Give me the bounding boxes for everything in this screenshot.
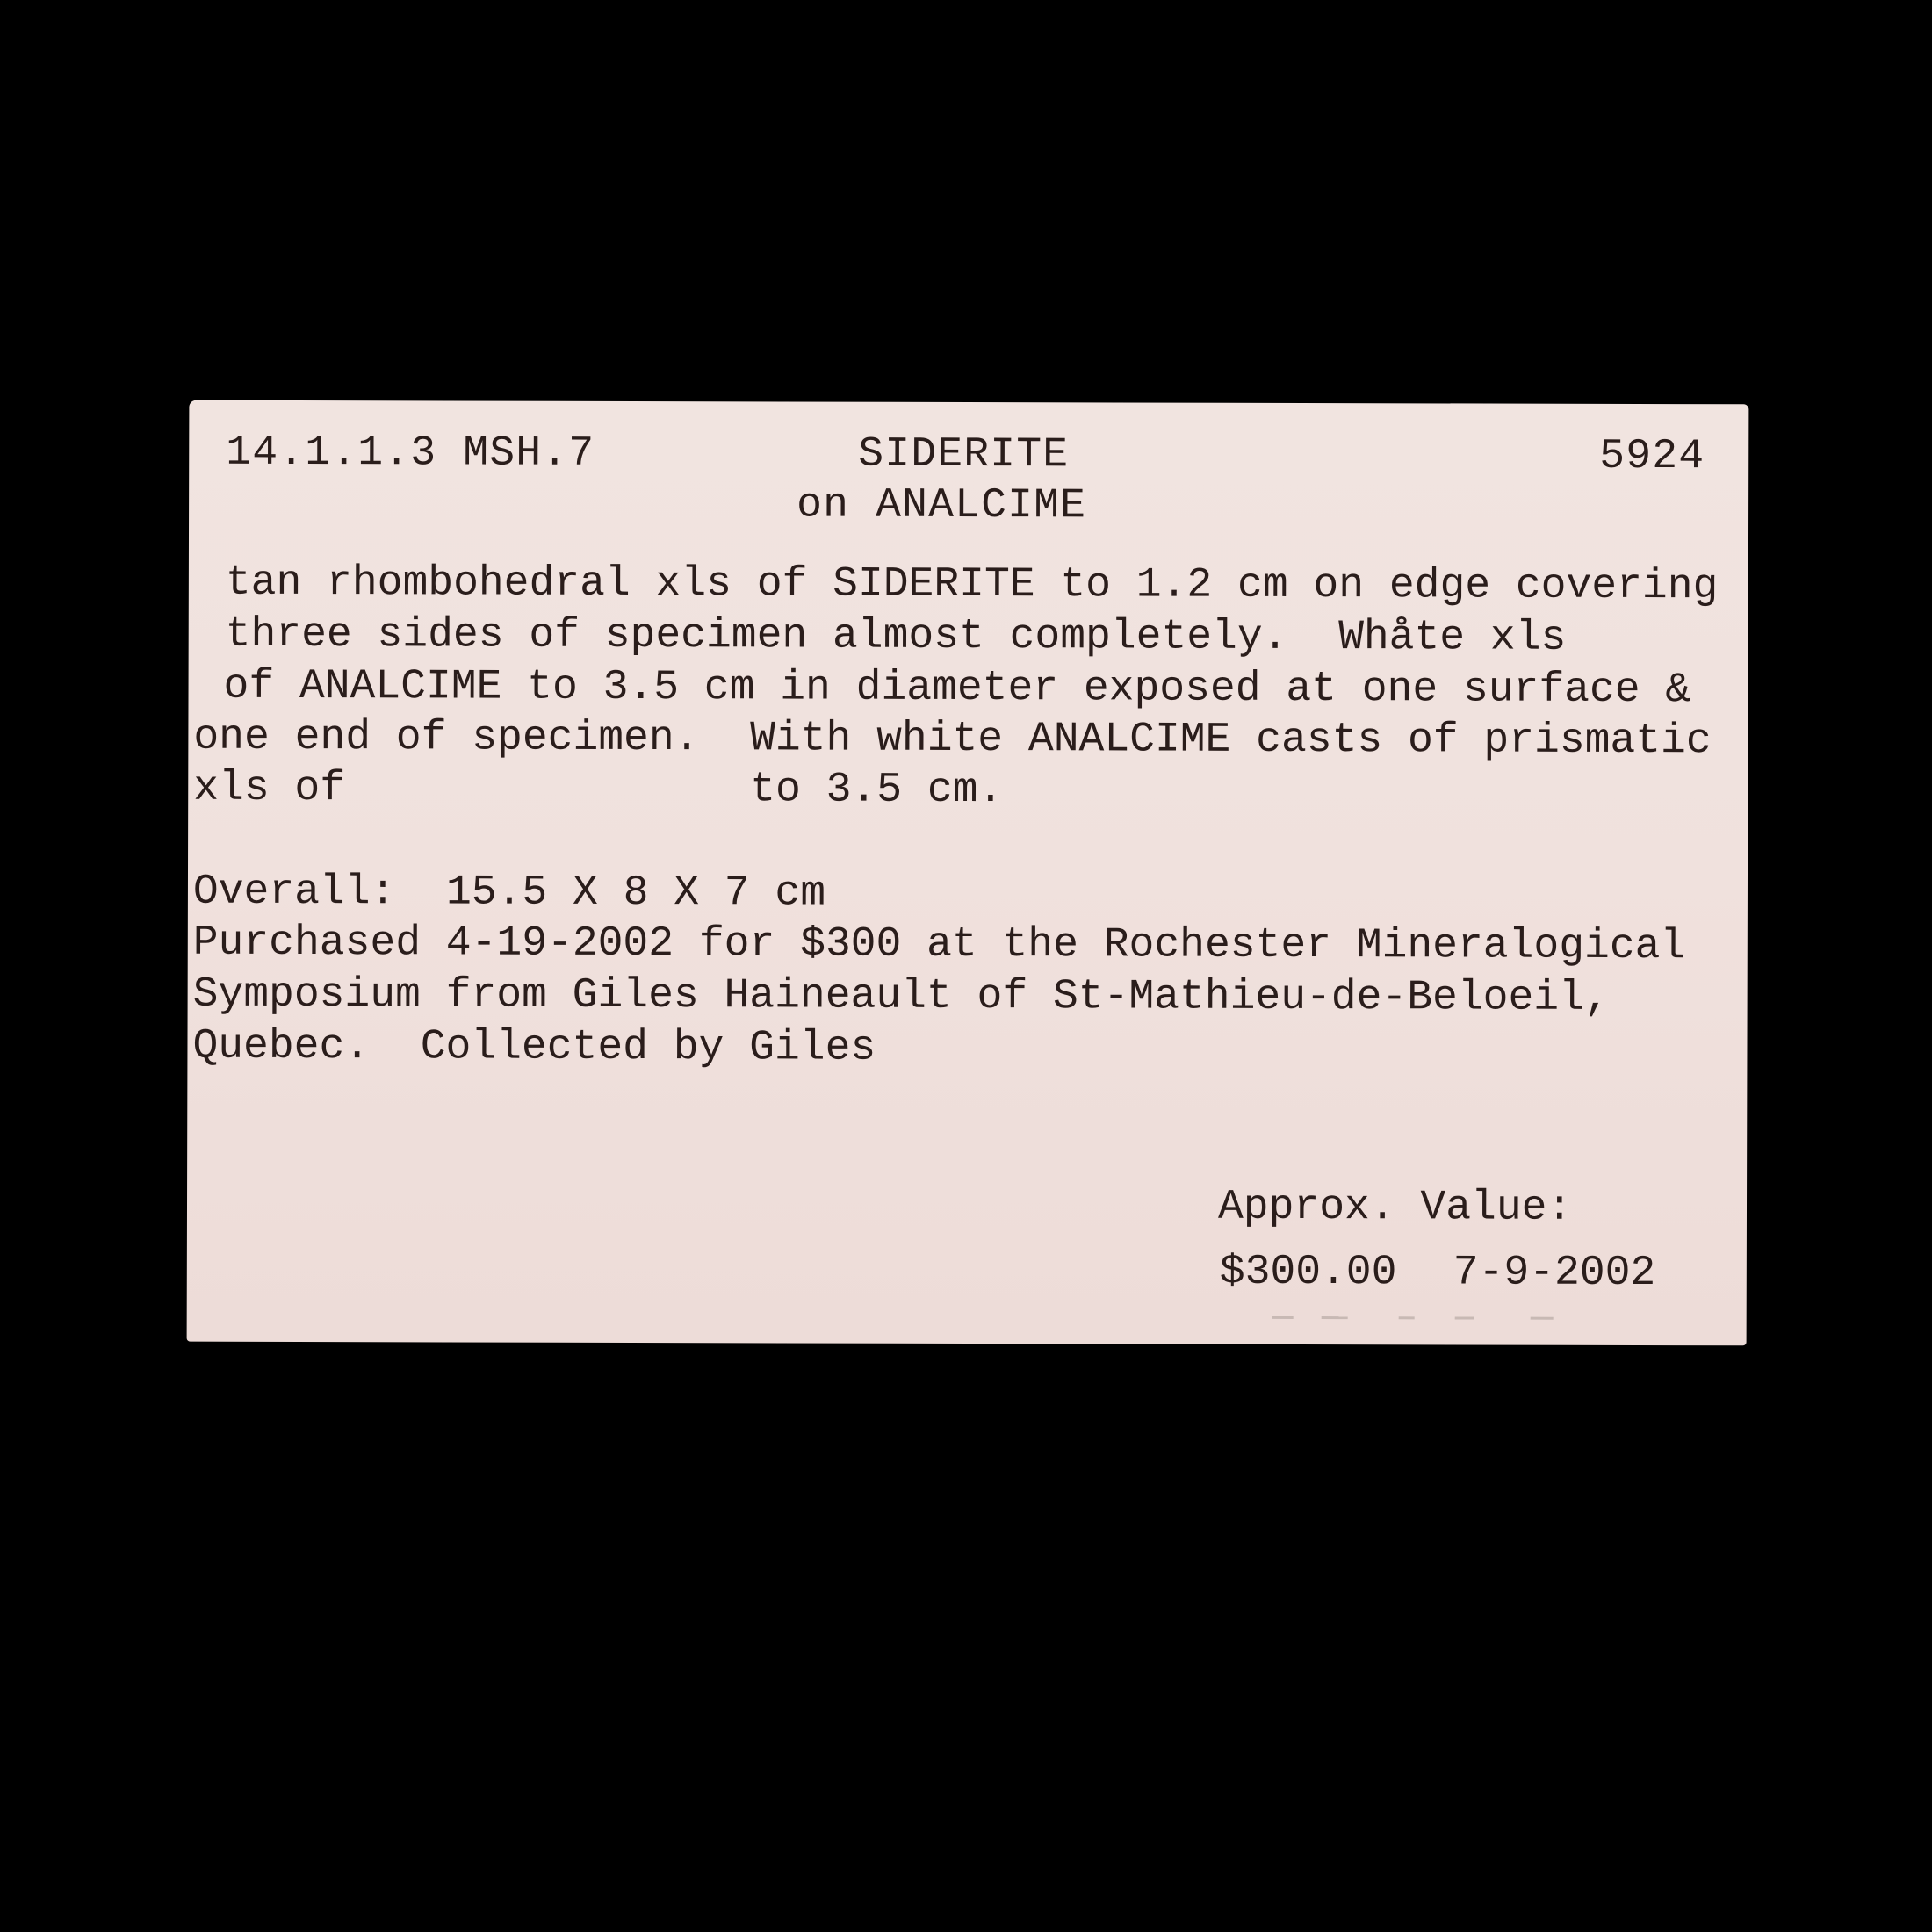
faint-mark: [1322, 1316, 1348, 1319]
purchase-line: Quebec. Collected by Giles: [192, 1026, 876, 1070]
description-line: to 3.5 cm.: [750, 768, 1003, 811]
faint-mark: [1455, 1316, 1474, 1319]
purchase-line: Symposium from Giles Haineault of St-Mat…: [193, 974, 1610, 1020]
faint-mark: [1272, 1316, 1294, 1319]
description-line: of ANALCIME to 3.5 cm in diameter expose…: [223, 666, 1690, 711]
faint-mark: [1531, 1317, 1554, 1320]
purchase-line: Purchased 4-19-2002 for $300 at the Roch…: [193, 922, 1686, 968]
specimen-label-card: 14.1.1.3 MSH.7 SIDERITE on ANALCIME 5924…: [187, 400, 1749, 1346]
classification-code: 14.1.1.3 MSH.7: [226, 432, 595, 475]
mineral-subtitle: on ANALCIME: [797, 484, 1086, 527]
catalog-number: 5924: [1599, 436, 1705, 478]
approx-value-amount: $300.00: [1220, 1251, 1397, 1294]
approx-value-label: Approx. Value:: [1218, 1186, 1572, 1229]
description-line: one end of specimen. With white ANALCIME…: [193, 717, 1711, 763]
description-line: xls of: [193, 768, 345, 810]
overall-dimensions: Overall: 15.5 X 8 X 7 cm: [193, 871, 825, 915]
faint-mark: [1399, 1316, 1415, 1319]
description-line: three sides of specimen almost completel…: [226, 614, 1567, 660]
mineral-title: SIDERITE: [858, 434, 1069, 477]
valuation-date: 7-9-2002: [1453, 1251, 1656, 1294]
description-line: tan rhombohedral xls of SIDERITE to 1.2 …: [226, 562, 1719, 608]
